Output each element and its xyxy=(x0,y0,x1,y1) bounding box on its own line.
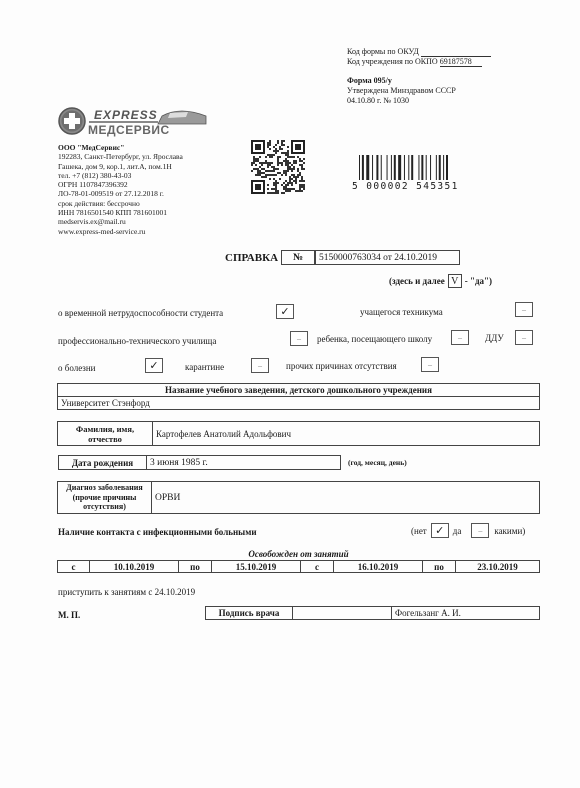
contact-label: Наличие контакта с инфекционными больным… xyxy=(58,527,257,537)
option-vocational-label: профессионально-технического училища xyxy=(58,336,216,346)
org-line: 192283, Санкт-Петербург, ул. Ярослава xyxy=(58,152,183,161)
contact-which-label: какими) xyxy=(494,526,525,536)
name-value[interactable]: Картофелев Анатолий Адольфович xyxy=(153,422,540,446)
release-title: Освобожден от занятий xyxy=(57,549,540,559)
svg-text:EXPRESS: EXPRESS xyxy=(94,108,158,122)
option-student-checkbox[interactable]: ✓ xyxy=(276,304,294,319)
legend-prefix: (здесь и далее xyxy=(389,276,445,286)
org-line: ООО "МедСервис" xyxy=(58,143,183,152)
org-line: Гашека, дом 9, кор.1, лит.А, пом.1Н xyxy=(58,162,183,171)
option-quarantine-checkbox[interactable]: – xyxy=(251,358,269,373)
barcode-number: 5 000002 545351 xyxy=(352,181,459,192)
number-label: № xyxy=(281,250,315,265)
diagnosis-table: Диагноз заболевания (прочие причины отсу… xyxy=(57,481,540,514)
approved-line-1: Утверждена Минздравом СССР xyxy=(347,86,456,96)
dob-table: Дата рождения 3 июня 1985 г. xyxy=(58,455,341,470)
option-technical-school-label: учащегося техникума xyxy=(360,307,443,317)
release-from-label: с xyxy=(301,561,334,573)
option-quarantine-label: карантине xyxy=(185,362,224,372)
option-school-child-label: ребенка, посещающего школу xyxy=(317,334,432,344)
diagnosis-value[interactable]: ОРВИ xyxy=(152,482,540,514)
approved-line-2: 04.10.80 г. № 1030 xyxy=(347,96,456,106)
resume-studies: приступить к занятиям с 24.10.2019 xyxy=(58,587,195,597)
certificate-number: 5150000763034 от 24.10.2019 xyxy=(315,250,460,265)
dob-hint: (год, месяц, день) xyxy=(348,458,407,467)
form-info: Форма 095/у Утверждена Минздравом СССР 0… xyxy=(347,76,456,106)
school-table: Название учебного заведения, детского до… xyxy=(57,383,540,410)
option-vocational-checkbox[interactable]: – xyxy=(290,331,308,346)
contact-yes-checkbox[interactable]: – xyxy=(471,523,489,538)
medical-cross-train-logo-icon: EXPRESS МЕДСЕРВИС xyxy=(58,102,208,138)
option-illness-checkbox[interactable]: ✓ xyxy=(145,358,163,373)
option-student-label: о временной нетрудоспособности студента xyxy=(58,308,223,318)
school-value[interactable]: Университет Стэнфорд xyxy=(58,397,540,410)
release-from-label: с xyxy=(58,561,90,573)
release-to-label: по xyxy=(179,561,212,573)
okud-label: Код формы по ОКУД xyxy=(347,47,419,56)
contact-options: (нет ✓ да – какими) xyxy=(411,523,525,538)
organization-info: ООО "МедСервис" 192283, Санкт-Петербург,… xyxy=(58,143,183,236)
option-other-reasons-checkbox[interactable]: – xyxy=(421,357,439,372)
signature-table: Подпись врача Фогельзанг А. И. xyxy=(205,606,540,620)
legend-mark: V xyxy=(448,274,462,288)
okpo-value: 69187578 xyxy=(440,57,482,67)
contact-no-label: (нет xyxy=(411,526,427,536)
diagnosis-label: Диагноз заболевания (прочие причины отсу… xyxy=(58,482,152,514)
org-line: ОГРН 1107847396392 xyxy=(58,180,183,189)
option-school-child-checkbox[interactable]: – xyxy=(451,330,469,345)
okpo-label: Код учреждения по ОКПО xyxy=(347,57,438,66)
option-technical-school-checkbox[interactable]: – xyxy=(515,302,533,317)
name-table: Фамилия, имя, отчество Картофелев Анатол… xyxy=(57,421,540,446)
org-line: ЛО-78-01-009519 от 27.12.2018 г. xyxy=(58,189,183,198)
doctor-name: Фогельзанг А. И. xyxy=(392,607,540,620)
org-line: www.express-med-service.ru xyxy=(58,227,183,236)
dob-label: Дата рождения xyxy=(59,456,147,470)
release-table: с 10.10.2019 по 15.10.2019 с 16.10.2019 … xyxy=(57,560,540,573)
name-label: Фамилия, имя, отчество xyxy=(58,422,153,446)
svg-text:МЕДСЕРВИС: МЕДСЕРВИС xyxy=(88,123,170,137)
okud-value-line xyxy=(421,47,491,57)
signature-field[interactable] xyxy=(293,607,392,620)
company-logo: EXPRESS МЕДСЕРВИС xyxy=(58,102,208,138)
form-codes: Код формы по ОКУД Код учреждения по ОКПО… xyxy=(347,47,491,67)
contact-yes-label: да xyxy=(453,526,462,536)
legend-suffix: - "да") xyxy=(465,276,492,286)
dob-value[interactable]: 3 июня 1985 г. xyxy=(147,456,341,470)
contact-no-checkbox[interactable]: ✓ xyxy=(431,523,449,538)
release-to-date[interactable]: 15.10.2019 xyxy=(212,561,301,573)
release-from-date[interactable]: 10.10.2019 xyxy=(90,561,179,573)
option-other-reasons-label: прочих причинах отсутствия xyxy=(286,361,397,371)
org-line: medservis.ex@mail.ru xyxy=(58,217,183,226)
stamp-label: М. П. xyxy=(58,610,80,620)
certificate-title: СПРАВКА xyxy=(225,252,278,264)
school-header: Название учебного заведения, детского до… xyxy=(58,384,540,397)
release-to-label: по xyxy=(423,561,456,573)
option-illness-label: о болезни xyxy=(58,363,96,373)
release-to-date[interactable]: 23.10.2019 xyxy=(456,561,540,573)
option-kindergarten-label: ДДУ xyxy=(485,333,504,343)
certificate-title-row: СПРАВКА № 5150000763034 от 24.10.2019 xyxy=(225,250,460,265)
form-name: Форма 095/у xyxy=(347,76,456,86)
org-line: ИНН 7816501540 КПП 781601001 xyxy=(58,208,183,217)
org-line: тел. +7 (812) 380-43-03 xyxy=(58,171,183,180)
org-line: срок действия: бессрочно xyxy=(58,199,183,208)
signature-label: Подпись врача xyxy=(206,607,293,620)
legend: (здесь и далее V - "да") xyxy=(389,274,492,288)
qr-code-icon xyxy=(251,140,305,194)
option-kindergarten-checkbox[interactable]: – xyxy=(515,330,533,345)
release-from-date[interactable]: 16.10.2019 xyxy=(334,561,423,573)
